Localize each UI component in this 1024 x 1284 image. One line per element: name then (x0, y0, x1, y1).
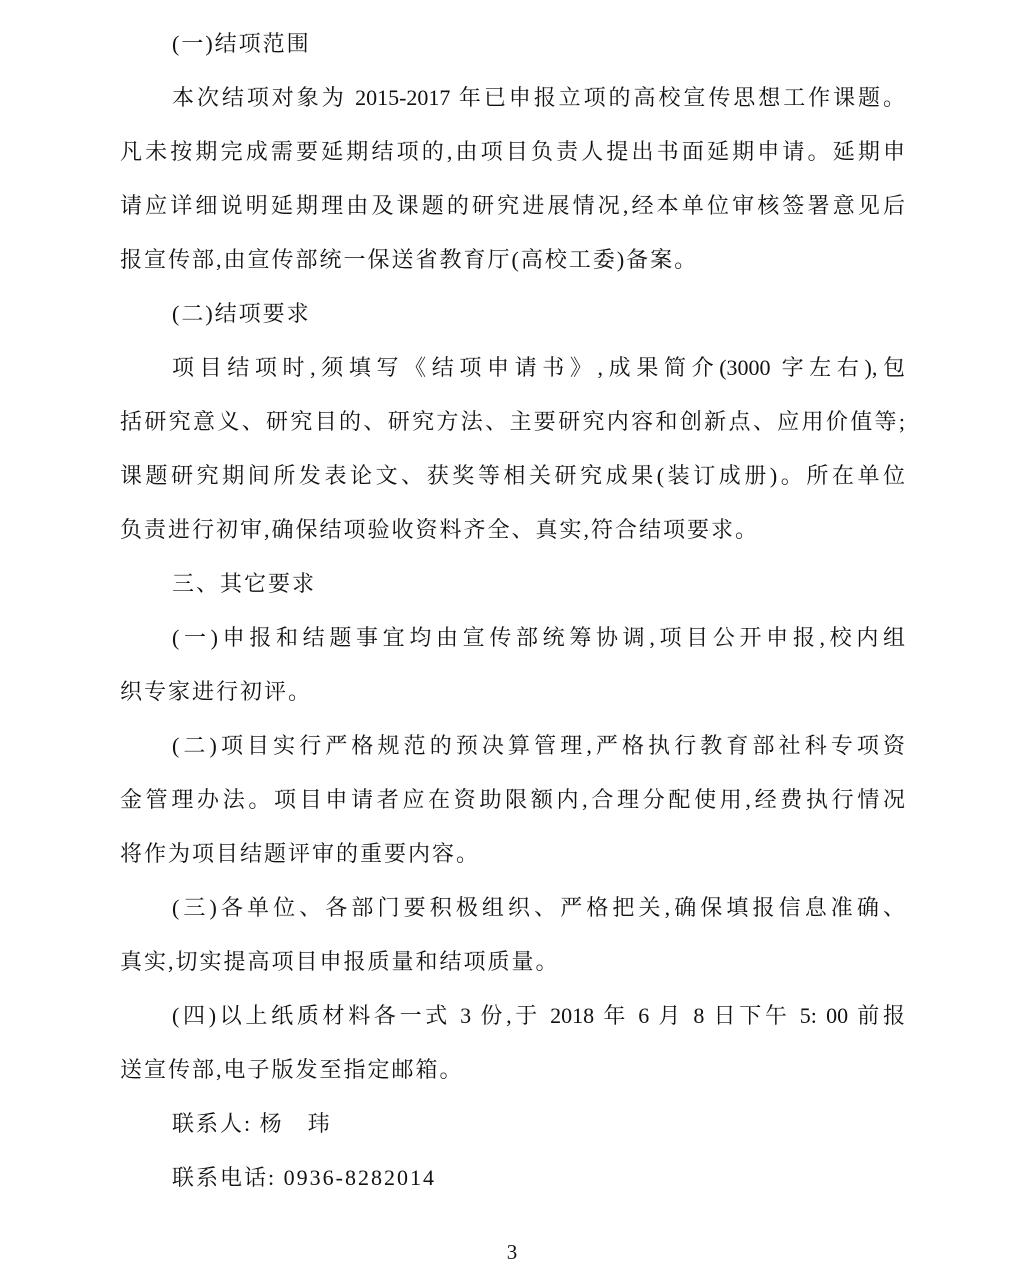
text-line: (三)各单位、各部门要积极组织、严格把关,确保填报信息准确、 (120, 881, 905, 935)
document-body: (一)结项范围本次结项对象为 2015-2017 年已申报立项的高校宣传思想工作… (120, 17, 905, 1205)
text-line: 金管理办法。项目申请者应在资助限额内,合理分配使用,经费执行情况 (120, 773, 905, 827)
section-1-2-heading: (二)结项要求 (120, 287, 905, 341)
text-line: 请应详细说明延期理由及课题的研究进展情况,经本单位审核签署意见后 (120, 179, 905, 233)
text-line: 送宣传部,电子版发至指定邮箱。 (120, 1043, 905, 1097)
text-line: 课题研究期间所发表论文、获奖等相关研究成果(装订成册)。所在单位 (120, 449, 905, 503)
section-1-1-body: 本次结项对象为 2015-2017 年已申报立项的高校宣传思想工作课题。凡未按期… (120, 71, 905, 287)
page-number: 3 (0, 1238, 1024, 1266)
text-line: 括研究意义、研究目的、研究方法、主要研究内容和创新点、应用价值等; (120, 395, 905, 449)
text-line: (二)项目实行严格规范的预决算管理,严格执行教育部社科专项资 (120, 719, 905, 773)
text-line: 项目结项时,须填写《结项申请书》,成果简介(3000 字左右),包 (120, 341, 905, 395)
text-line: (一)申报和结题事宜均由宣传部统筹协调,项目公开申报,校内组 (120, 611, 905, 665)
section-1-2-body: 项目结项时,须填写《结项申请书》,成果简介(3000 字左右),包括研究意义、研… (120, 341, 905, 557)
document-page: (一)结项范围本次结项对象为 2015-2017 年已申报立项的高校宣传思想工作… (0, 0, 1024, 1284)
section-3-item-2: (二)项目实行严格规范的预决算管理,严格执行教育部社科专项资金管理办法。项目申请… (120, 719, 905, 881)
text-line: 将作为项目结题评审的重要内容。 (120, 827, 905, 881)
text-line: (一)结项范围 (120, 17, 905, 71)
section-1-1-heading: (一)结项范围 (120, 17, 905, 71)
section-3-item-4: (四)以上纸质材料各一式 3 份,于 2018 年 6 月 8 日下午 5: 0… (120, 989, 905, 1097)
text-line: 三、其它要求 (120, 557, 905, 611)
text-line: 负责进行初审,确保结项验收资料齐全、真实,符合结项要求。 (120, 503, 905, 557)
section-3-item-3: (三)各单位、各部门要积极组织、严格把关,确保填报信息准确、真实,切实提高项目申… (120, 881, 905, 989)
text-line: 联系人: 杨 玮 (120, 1097, 905, 1151)
contact-person: 联系人: 杨 玮 (120, 1097, 905, 1151)
text-line: 报宣传部,由宣传部统一保送省教育厅(高校工委)备案。 (120, 233, 905, 287)
text-line: 凡未按期完成需要延期结项的,由项目负责人提出书面延期申请。延期申 (120, 125, 905, 179)
text-line: (四)以上纸质材料各一式 3 份,于 2018 年 6 月 8 日下午 5: 0… (120, 989, 905, 1043)
contact-phone: 联系电话: 0936-8282014 (120, 1151, 905, 1205)
text-line: 联系电话: 0936-8282014 (120, 1151, 905, 1205)
text-line: 真实,切实提高项目申报质量和结项质量。 (120, 935, 905, 989)
text-line: (二)结项要求 (120, 287, 905, 341)
section-3-heading: 三、其它要求 (120, 557, 905, 611)
text-line: 本次结项对象为 2015-2017 年已申报立项的高校宣传思想工作课题。 (120, 71, 905, 125)
text-line: 织专家进行初评。 (120, 665, 905, 719)
section-3-item-1: (一)申报和结题事宜均由宣传部统筹协调,项目公开申报,校内组织专家进行初评。 (120, 611, 905, 719)
